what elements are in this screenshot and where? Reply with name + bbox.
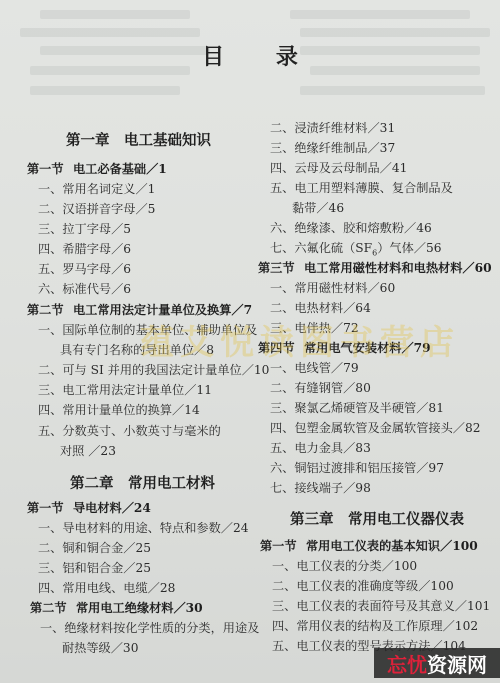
toc-item[interactable]: 四、包塑金属软管及金属软管接头／82	[270, 420, 481, 436]
section-number: 第三节	[258, 260, 304, 276]
toc-item[interactable]: 七、六氟化硫（SF6）气体／56	[270, 240, 441, 261]
badge-text-red: 忘忧	[387, 649, 427, 678]
chapter-heading: 第三章 常用电工仪器仪表	[290, 508, 464, 529]
toc-item[interactable]: 二、浸渍纤维材料／31	[270, 120, 395, 136]
chapter-heading: 第二章 常用电工材料	[70, 472, 215, 493]
toc-item[interactable]: 二、有缝钢管／80	[270, 380, 371, 396]
toc-item[interactable]: 六、铜铝过渡排和铝压接管／97	[270, 460, 444, 476]
page-title: 目 录	[0, 40, 500, 71]
toc-item[interactable]: 一、电工仪表的分类／100	[272, 558, 417, 574]
section-title: 常用电工绝缘材料／30	[76, 601, 203, 615]
item-text: 七、六氟化硫（SF	[270, 241, 372, 255]
toc-item[interactable]: 五、电力金具／83	[270, 440, 371, 456]
toc-item[interactable]: 四、常用计量单位的换算／14	[38, 402, 200, 418]
seller-watermark: 蕴艾悦读图书营店	[140, 315, 460, 364]
toc-item[interactable]: 五、分数英寸、小数英寸与毫米的	[38, 423, 221, 439]
toc-item-continuation[interactable]: 黏带／46	[292, 200, 344, 216]
toc-item[interactable]: 三、电工仪表的表面符号及其意义／101	[272, 598, 490, 614]
toc-item[interactable]: 一、绝缘材料按化学性质的分类，用途及	[40, 620, 259, 636]
toc-item[interactable]: 六、绝缘漆、胶和熔敷粉／46	[270, 220, 432, 236]
section-number: 第二节	[30, 600, 76, 616]
toc-item[interactable]: 二、可与 SI 并用的我国法定计量单位／10	[38, 362, 269, 378]
toc-item[interactable]: 四、希腊字母／6	[38, 241, 131, 257]
toc-item[interactable]: 四、常用仪表的结构及工作原理／102	[272, 618, 478, 634]
toc-item-continuation[interactable]: 耐热等级／30	[62, 640, 138, 656]
toc-item[interactable]: 二、电工仪表的准确度等级／100	[272, 578, 454, 594]
chapter-heading: 第一章 电工基础知识	[66, 129, 211, 150]
section-title: 导电材料／24	[73, 501, 151, 515]
toc-section[interactable]: 第二节常用电工绝缘材料／30	[30, 600, 203, 616]
toc-item[interactable]: 一、常用名词定义／1	[38, 181, 155, 197]
section-number: 第二节	[27, 302, 73, 318]
toc-item[interactable]: 五、电工用塑料薄膜、复合制品及	[270, 180, 453, 196]
toc-item[interactable]: 一、常用磁性材料／60	[270, 280, 395, 296]
book-page: 目 录 第一章 电工基础知识 第一节电工必备基础／1 一、常用名词定义／1 二、…	[0, 0, 500, 683]
section-number: 第一节	[260, 538, 306, 554]
bleed-through	[30, 86, 180, 95]
bleed-through	[300, 28, 490, 37]
toc-item-continuation[interactable]: 对照 ／23	[60, 443, 116, 459]
section-number: 第一节	[27, 161, 73, 177]
bleed-through	[300, 86, 485, 95]
badge-text-white: 资源网	[427, 649, 487, 678]
section-number: 第一节	[27, 500, 73, 516]
toc-item[interactable]: 四、常用电线、电缆／28	[38, 580, 175, 596]
toc-item[interactable]: 二、铜和铜合金／25	[38, 540, 151, 556]
toc-item[interactable]: 三、拉丁字母／5	[38, 221, 131, 237]
toc-item[interactable]: 六、标准代号／6	[38, 281, 131, 297]
toc-section[interactable]: 第一节常用电工仪表的基本知识／100	[260, 538, 478, 554]
toc-item[interactable]: 二、汉语拼音字母／5	[38, 201, 155, 217]
toc-item[interactable]: 三、绝缘纤维制品／37	[270, 140, 395, 156]
toc-section[interactable]: 第一节电工必备基础／1	[27, 161, 167, 177]
item-text: ）气体／56	[377, 241, 441, 255]
toc-item[interactable]: 四、云母及云母制品／41	[270, 160, 407, 176]
toc-item[interactable]: 二、电热材料／64	[270, 300, 371, 316]
bleed-through	[20, 28, 200, 37]
toc-item[interactable]: 七、接线端子／98	[270, 480, 371, 496]
toc-section[interactable]: 第三节电工常用磁性材料和电热材料／60	[258, 260, 492, 276]
toc-item[interactable]: 三、聚氯乙烯硬管及半硬管／81	[270, 400, 444, 416]
toc-item[interactable]: 三、电工常用法定计量单位／11	[38, 382, 212, 398]
toc-item[interactable]: 三、铝和铝合金／25	[38, 560, 151, 576]
bleed-through	[290, 10, 470, 19]
section-title: 常用电工仪表的基本知识／100	[306, 539, 478, 553]
site-watermark-badge: 忘忧资源网	[374, 648, 500, 678]
section-title: 电工必备基础／1	[73, 162, 167, 176]
section-title: 电工常用磁性材料和电热材料／60	[304, 261, 492, 275]
toc-item[interactable]: 五、罗马字母／6	[38, 261, 131, 277]
toc-section[interactable]: 第一节导电材料／24	[27, 500, 151, 516]
toc-item[interactable]: 一、导电材料的用途、特点和参数／24	[38, 520, 249, 536]
bleed-through	[40, 10, 190, 19]
